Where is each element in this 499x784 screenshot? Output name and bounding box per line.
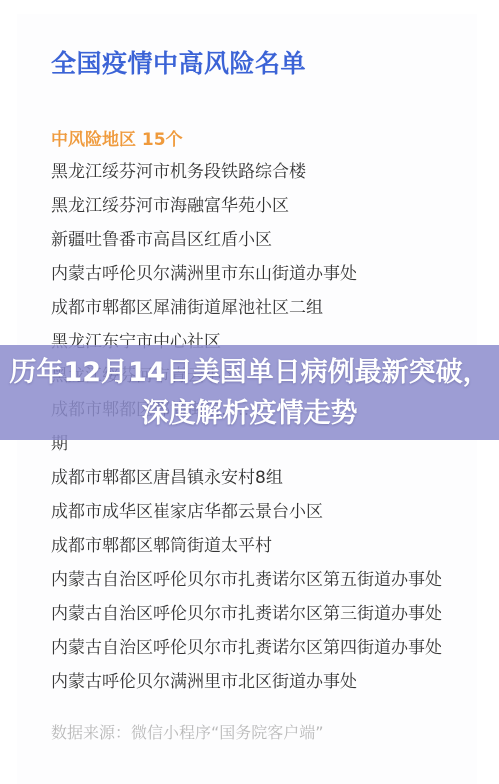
section-heading-medium-risk: 中风险地区 15个 [51, 125, 183, 150]
list-item: 内蒙古自治区呼伦贝尔市扎赉诺尔区第四街道办事处 [51, 635, 442, 669]
list-item: 成都市成华区崔家店华都云景台小区 [51, 499, 442, 533]
list-item: 黑龙江绥芬河市机务段铁路综合楼 [51, 159, 442, 193]
list-item: 内蒙古呼伦贝尔满洲里市北区街道办事处 [51, 669, 442, 703]
list-item: 成都市郫都区郫筒街道太平村 [51, 533, 442, 567]
list-item: 新疆吐鲁番市高昌区红盾小区 [51, 227, 442, 261]
list-item: 成都市郫都区唐昌镇永安村8组 [51, 465, 442, 499]
list-item: 内蒙古呼伦贝尔满洲里市东山街道办事处 [51, 261, 442, 295]
data-source-note: 数据来源：微信小程序“国务院客户端” [51, 720, 324, 743]
list-item: 黑龙江绥芬河市海融富华苑小区 [51, 193, 442, 227]
list-item: 内蒙古自治区呼伦贝尔市扎赉诺尔区第五街道办事处 [51, 567, 442, 601]
list-item: 内蒙古自治区呼伦贝尔市扎赉诺尔区第三街道办事处 [51, 601, 442, 635]
list-item: 成都市郫都区犀浦街道犀池社区二组 [51, 295, 442, 329]
overlay-headline: 历年12月14日美国单日病例最新突破，深度解析疫情走势 [0, 352, 499, 434]
page-title: 全国疫情中高风险名单 [51, 44, 306, 80]
